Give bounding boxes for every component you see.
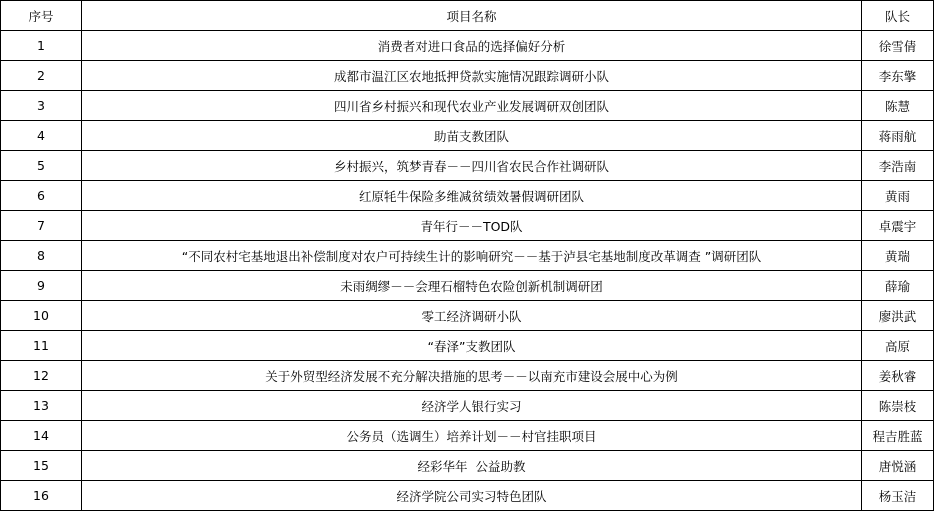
table-row: 12 关于外贸型经济发展不充分解决措施的思考－－以南充市建设会展中心为例 姜秋睿 [1,361,934,391]
serial-number: 7 [1,211,82,241]
serial-number: 9 [1,271,82,301]
table-row: 9 未雨绸缪－－会理石榴特色农险创新机制调研团 薛瑜 [1,271,934,301]
table-row: 13 经济学人银行实习 陈崇枝 [1,391,934,421]
project-name: 经济学人银行实习 [82,391,862,421]
project-name: 关于外贸型经济发展不充分解决措施的思考－－以南充市建设会展中心为例 [82,361,862,391]
team-leader: 薛瑜 [862,271,934,301]
team-leader: 徐雪倩 [862,31,934,61]
table-row: 7 青年行－－TOD队 卓震宇 [1,211,934,241]
serial-number: 16 [1,481,82,511]
table-row: 3 四川省乡村振兴和现代农业产业发展调研双创团队 陈慧 [1,91,934,121]
project-name: 四川省乡村振兴和现代农业产业发展调研双创团队 [82,91,862,121]
serial-number: 6 [1,181,82,211]
header-serial-number: 序号 [1,1,82,31]
project-name: 乡村振兴，筑梦青春－－四川省农民合作社调研队 [82,151,862,181]
serial-number: 1 [1,31,82,61]
table-row: 6 红原牦牛保险多维减贫绩效暑假调研团队 黄雨 [1,181,934,211]
project-name: 经彩华年 公益助教 [82,451,862,481]
table-row: 15 经彩华年 公益助教 唐悦涵 [1,451,934,481]
project-name: 公务员（选调生）培养计划－－村官挂职项目 [82,421,862,451]
project-name: 未雨绸缪－－会理石榴特色农险创新机制调研团 [82,271,862,301]
table-row: 16 经济学院公司实习特色团队 杨玉洁 [1,481,934,511]
project-name: 经济学院公司实习特色团队 [82,481,862,511]
team-leader: 唐悦涵 [862,451,934,481]
project-table: 序号 项目名称 队长 1 消费者对进口食品的选择偏好分析 徐雪倩 2 成都市温江… [0,0,934,511]
project-name: 青年行－－TOD队 [82,211,862,241]
table-row: 2 成都市温江区农地抵押贷款实施情况跟踪调研小队 李东擎 [1,61,934,91]
team-leader: 廖洪武 [862,301,934,331]
project-name: “春泽”支教团队 [82,331,862,361]
table-row: 5 乡村振兴，筑梦青春－－四川省农民合作社调研队 李浩南 [1,151,934,181]
project-name: 成都市温江区农地抵押贷款实施情况跟踪调研小队 [82,61,862,91]
team-leader: 姜秋睿 [862,361,934,391]
serial-number: 11 [1,331,82,361]
project-name: 消费者对进口食品的选择偏好分析 [82,31,862,61]
serial-number: 13 [1,391,82,421]
header-row: 序号 项目名称 队长 [1,1,934,31]
team-leader: 蒋雨航 [862,121,934,151]
team-leader: 李浩南 [862,151,934,181]
table-row: 11 “春泽”支教团队 高原 [1,331,934,361]
serial-number: 15 [1,451,82,481]
team-leader: 高原 [862,331,934,361]
serial-number: 3 [1,91,82,121]
project-name: 红原牦牛保险多维减贫绩效暑假调研团队 [82,181,862,211]
serial-number: 10 [1,301,82,331]
header-project-name: 项目名称 [82,1,862,31]
team-leader: 陈慧 [862,91,934,121]
project-name: 零工经济调研小队 [82,301,862,331]
team-leader: 黄瑞 [862,241,934,271]
serial-number: 5 [1,151,82,181]
serial-number: 12 [1,361,82,391]
project-name: “不同农村宅基地退出补偿制度对农户可持续生计的影响研究－－基于泸县宅基地制度改革… [82,241,862,271]
table-row: 4 助苗支教团队 蒋雨航 [1,121,934,151]
project-name: 助苗支教团队 [82,121,862,151]
serial-number: 4 [1,121,82,151]
serial-number: 14 [1,421,82,451]
table-row: 1 消费者对进口食品的选择偏好分析 徐雪倩 [1,31,934,61]
table-row: 8 “不同农村宅基地退出补偿制度对农户可持续生计的影响研究－－基于泸县宅基地制度… [1,241,934,271]
serial-number: 2 [1,61,82,91]
table-row: 10 零工经济调研小队 廖洪武 [1,301,934,331]
team-leader: 陈崇枝 [862,391,934,421]
header-team-leader: 队长 [862,1,934,31]
serial-number: 8 [1,241,82,271]
team-leader: 程吉胜蓝 [862,421,934,451]
team-leader: 杨玉洁 [862,481,934,511]
team-leader: 李东擎 [862,61,934,91]
team-leader: 黄雨 [862,181,934,211]
table-row: 14 公务员（选调生）培养计划－－村官挂职项目 程吉胜蓝 [1,421,934,451]
team-leader: 卓震宇 [862,211,934,241]
